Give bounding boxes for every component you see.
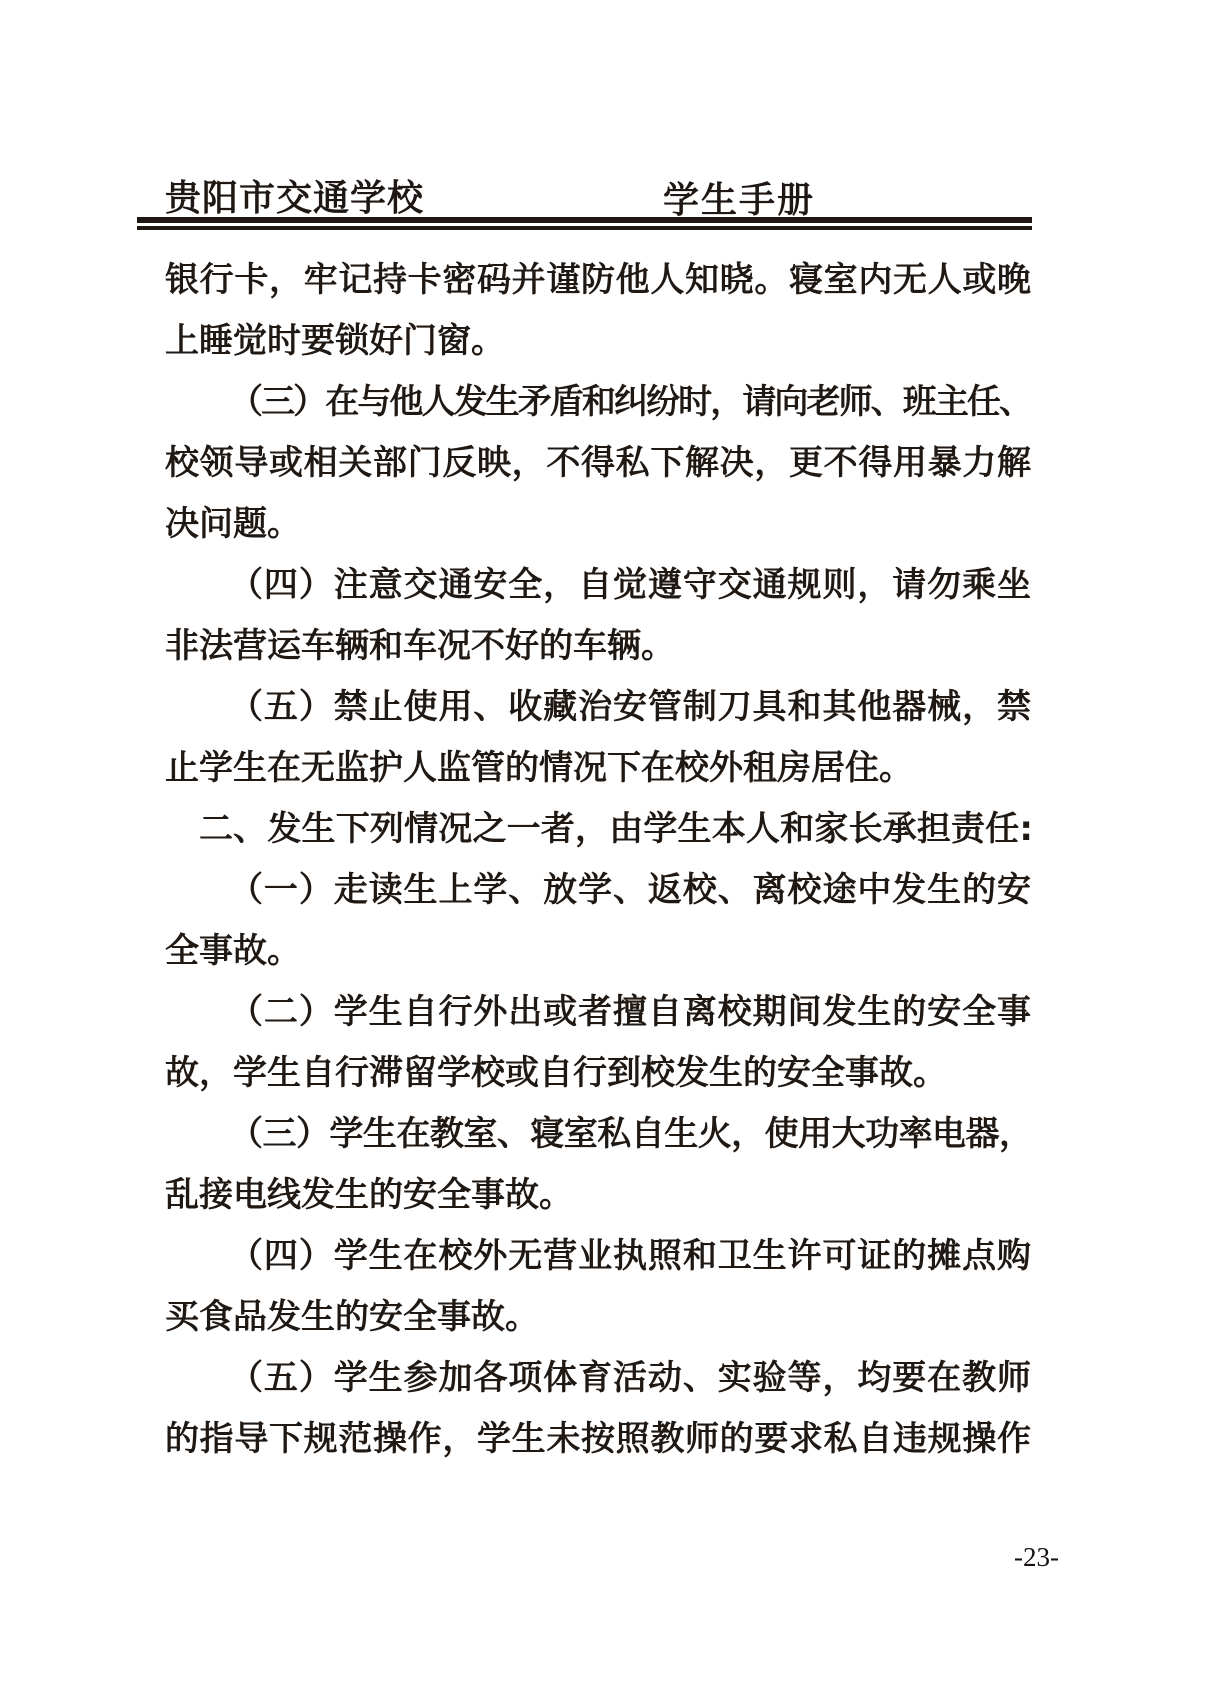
text-line: （五）禁止使用、收藏治安管制刀具和其他器械，禁 xyxy=(165,677,1031,738)
text-line: 决问题。 xyxy=(165,494,1031,555)
text-line: （三）学生在教室、寝室私自生火，使用大功率电器， xyxy=(165,1104,1031,1165)
body-text-block: 银行卡，牢记持卡密码并谨防他人知晓。寝室内无人或晚 上睡觉时要锁好门窗。 （三）… xyxy=(165,250,1031,1470)
text-line: 全事故。 xyxy=(165,921,1031,982)
text-line: （四）学生在校外无营业执照和卫生许可证的摊点购 xyxy=(165,1226,1031,1287)
text-line: 乱接电线发生的安全事故。 xyxy=(165,1165,1031,1226)
text-line: （四）注意交通安全，自觉遵守交通规则，请勿乘坐 xyxy=(165,555,1031,616)
text-line: 银行卡，牢记持卡密码并谨防他人知晓。寝室内无人或晚 xyxy=(165,250,1031,311)
text-line: （五）学生参加各项体育活动、实验等，均要在教师 xyxy=(165,1348,1031,1409)
text-line: 的指导下规范操作，学生未按照教师的要求私自违规操作 xyxy=(165,1409,1031,1470)
text-line: 非法营运车辆和车况不好的车辆。 xyxy=(165,616,1031,677)
text-line: 故，学生自行滞留学校或自行到校发生的安全事故。 xyxy=(165,1043,1031,1104)
header-document-title: 学生手册 xyxy=(663,172,815,223)
text-line: （一）走读生上学、放学、返校、离校途中发生的安 xyxy=(165,860,1031,921)
header-double-rule xyxy=(137,217,1032,230)
text-line: 上睡觉时要锁好门窗。 xyxy=(165,311,1031,372)
page-number: -23- xyxy=(1014,1542,1059,1573)
handbook-page: 贵阳市交通学校 学生手册 银行卡，牢记持卡密码并谨防他人知晓。寝室内无人或晚 上… xyxy=(0,0,1213,1701)
text-line: （三）在与他人发生矛盾和纠纷时，请向老师、班主任、 xyxy=(165,372,1031,433)
text-line: 二、发生下列情况之一者，由学生本人和家长承担责任: xyxy=(165,799,1031,860)
text-line: （二）学生自行外出或者擅自离校期间发生的安全事 xyxy=(165,982,1031,1043)
text-line: 校领导或相关部门反映，不得私下解决，更不得用暴力解 xyxy=(165,433,1031,494)
text-line: 止学生在无监护人监管的情况下在校外租房居住。 xyxy=(165,738,1031,799)
header-school-name: 贵阳市交通学校 xyxy=(165,170,424,221)
text-line: 买食品发生的安全事故。 xyxy=(165,1287,1031,1348)
